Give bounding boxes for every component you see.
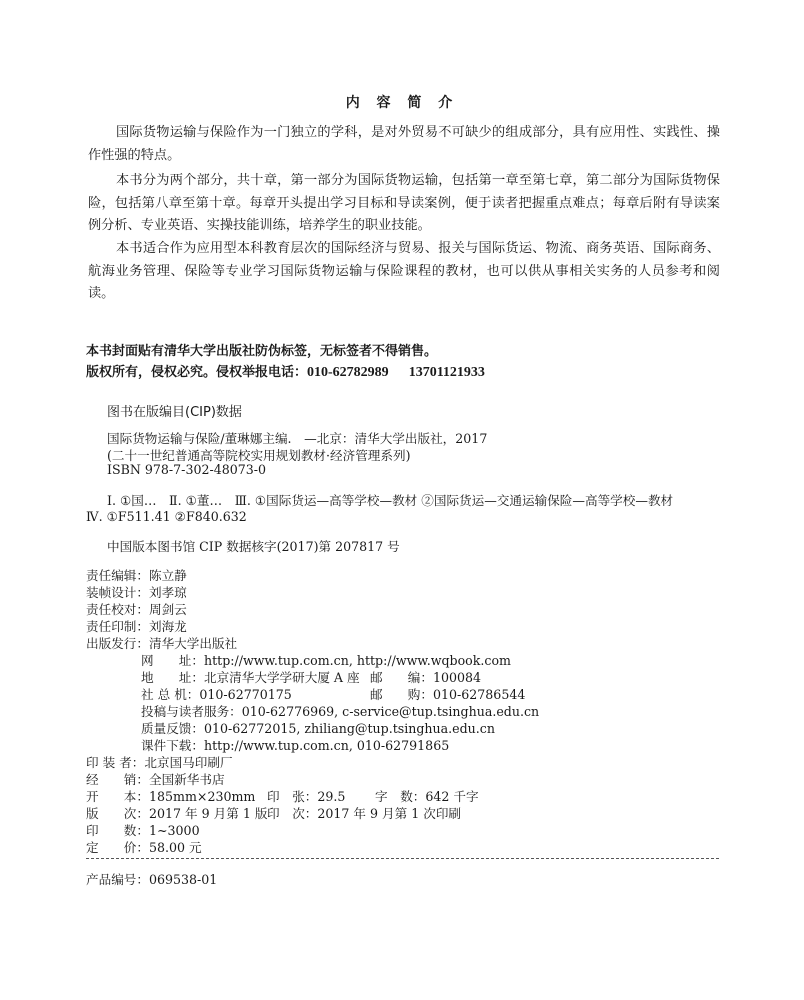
distributor-row: 经 销：全国新华书店 (86, 771, 225, 788)
publisher-postcode: 邮 编：100084 (370, 669, 481, 686)
publisher-mail-order: 邮 购：010-62786544 (370, 686, 525, 703)
page-title: 内 容 简 介 (0, 92, 804, 112)
credit-proofreader: 责任校对：周剑云 (86, 601, 187, 618)
impression-row: 印 次：2017 年 9 月第 1 次印刷 (267, 805, 461, 822)
printer-row: 印 装 者：北京国马印刷厂 (86, 754, 233, 771)
proofreader-label: 责任校对： (86, 601, 149, 618)
impression-value: 2017 年 9 月第 1 次印刷 (317, 806, 461, 821)
switchboard-label: 社 总 机： (141, 686, 199, 703)
printing-label: 责任印制： (86, 618, 149, 635)
feedback-label: 质量反馈： (141, 720, 204, 737)
cip-check-number: 中国版本图书馆 CIP 数据核字(2017)第 207817 号 (107, 536, 400, 555)
designer-value: 刘孝琼 (149, 585, 187, 600)
printer-label: 印 装 者： (86, 754, 144, 771)
words-row: 字 数：642 千字 (375, 788, 479, 805)
price-value: 58.00 元 (149, 840, 202, 855)
product-code-value: 069538-01 (149, 872, 217, 887)
edition-label: 版 次： (86, 805, 149, 822)
printing-value: 刘海龙 (149, 619, 187, 634)
dashed-divider (86, 858, 719, 859)
address-label: 地 址： (141, 669, 204, 686)
credit-editor: 责任编辑：陈立静 (86, 567, 187, 584)
format-row: 开 本：185mm×230mm (86, 788, 255, 805)
reader-service-label: 投稿与读者服务： (141, 703, 242, 720)
postcode-label: 邮 编： (370, 669, 433, 686)
cip-classification-1: Ⅰ. ①国… Ⅱ. ①董… Ⅲ. ①国际货运—高等学校—教材 ②国际货运—交通运… (107, 490, 673, 509)
website-label: 网 址： (141, 652, 204, 669)
sheets-row: 印 张：29.5 (267, 788, 345, 805)
cip-classification-2: Ⅳ. ①F511.41 ②F840.632 (86, 509, 247, 524)
editor-label: 责任编辑： (86, 567, 149, 584)
printer-value: 北京国马印刷厂 (144, 755, 232, 770)
impression-label: 印 次： (267, 805, 317, 822)
product-code-label: 产品编号： (86, 871, 149, 888)
publisher-label: 出版发行： (86, 635, 149, 652)
credit-publisher: 出版发行：清华大学出版社 (86, 635, 237, 652)
sheets-label: 印 张： (267, 788, 317, 805)
feedback-value: 010-62772015, zhiliang@tup.tsinghua.edu.… (204, 721, 495, 736)
publisher-courseware: 课件下载：http://www.tup.com.cn, 010-62791865 (141, 737, 449, 754)
editor-value: 陈立静 (149, 568, 187, 583)
cip-heading: 图书在版编目(CIP)数据 (107, 401, 242, 420)
website-value: http://www.tup.com.cn, http://www.wqbook… (204, 653, 511, 668)
sheets-value: 29.5 (317, 789, 345, 804)
publisher-value: 清华大学出版社 (149, 636, 237, 651)
proofreader-value: 周剑云 (149, 602, 187, 617)
intro-paragraph-1: 国际货物运输与保险作为一门独立的学科，是对外贸易不可缺少的组成部分，具有应用性、… (88, 122, 720, 167)
courseware-value: http://www.tup.com.cn, 010-62791865 (204, 738, 449, 753)
publisher-switchboard: 社 总 机：010-62770175 (141, 686, 292, 703)
publisher-reader-service: 投稿与读者服务：010-62776969, c-service@tup.tsin… (141, 703, 539, 720)
price-row: 定 价：58.00 元 (86, 839, 202, 856)
switchboard-value: 010-62770175 (199, 687, 291, 702)
credit-designer: 装帧设计：刘孝琼 (86, 584, 187, 601)
publisher-address: 地 址：北京清华大学学研大厦 A 座 (141, 669, 360, 686)
postcode-value: 100084 (433, 670, 481, 685)
copyright-notice: 版权所有，侵权必究。侵权举报电话：010-6278298913701121933 (86, 361, 485, 381)
report-phone-2: 13701121933 (409, 365, 485, 380)
product-code-row: 产品编号：069538-01 (86, 871, 217, 888)
report-phone-1: 010-62782989 (307, 365, 389, 380)
copies-row: 印 数：1~3000 (86, 822, 200, 839)
mail-order-label: 邮 购： (370, 686, 433, 703)
intro-paragraph-3: 本书适合作为应用型本科教育层次的国际经济与贸易、报关与国际货运、物流、商务英语、… (88, 238, 720, 306)
publisher-website: 网 址：http://www.tup.com.cn, http://www.wq… (141, 652, 511, 669)
mail-order-value: 010-62786544 (433, 687, 525, 702)
format-label: 开 本： (86, 788, 149, 805)
edition-value: 2017 年 9 月第 1 版 (149, 806, 267, 821)
copies-label: 印 数： (86, 822, 149, 839)
anti-counterfeit-notice: 本书封面贴有清华大学出版社防伪标签，无标签者不得销售。 (86, 340, 437, 359)
cip-isbn: ISBN 978-7-302-48073-0 (107, 462, 266, 477)
edition-row: 版 次：2017 年 9 月第 1 版 (86, 805, 267, 822)
format-value: 185mm×230mm (149, 789, 255, 804)
publisher-feedback: 质量反馈：010-62772015, zhiliang@tup.tsinghua… (141, 720, 495, 737)
words-value: 642 千字 (425, 789, 478, 804)
intro-paragraph-2: 本书分为两个部分，共十章，第一部分为国际货物运输，包括第一章至第七章，第二部分为… (88, 170, 720, 238)
designer-label: 装帧设计： (86, 584, 149, 601)
words-label: 字 数： (375, 788, 425, 805)
price-label: 定 价： (86, 839, 149, 856)
credit-printing: 责任印制：刘海龙 (86, 618, 187, 635)
reader-service-value: 010-62776969, c-service@tup.tsinghua.edu… (242, 704, 539, 719)
address-value: 北京清华大学学研大厦 A 座 (204, 670, 360, 685)
copies-value: 1~3000 (149, 823, 200, 838)
copyright-text: 版权所有，侵权必究。侵权举报电话： (86, 365, 307, 380)
distributor-label: 经 销： (86, 771, 149, 788)
courseware-label: 课件下载： (141, 737, 204, 754)
distributor-value: 全国新华书店 (149, 772, 225, 787)
